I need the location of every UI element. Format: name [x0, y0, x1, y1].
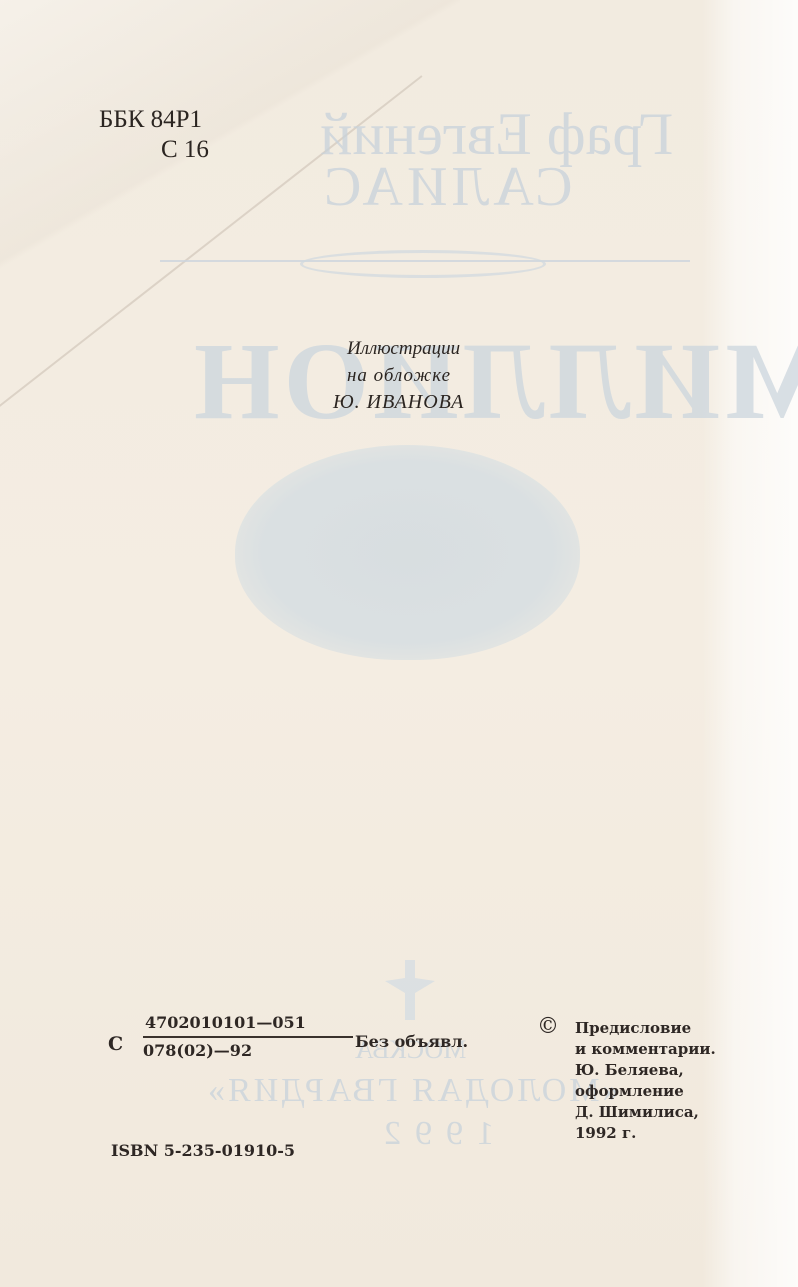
bbk-classification: ББК 84Р1 С 16 [99, 105, 209, 165]
bleed-through-publisher-logo-icon [385, 960, 435, 1020]
bbk-code: ББК 84Р1 [99, 105, 209, 135]
copyright-line: 1992 г. [575, 1123, 716, 1144]
copyright-line: Предисловие [575, 1018, 716, 1039]
copyright-line: оформление [575, 1081, 716, 1102]
book-page: Граф Евгений САЛИАС МИЛЛИОН МОСКВА «МОЛО… [0, 0, 798, 1287]
author-mark: С 16 [99, 135, 209, 165]
publishing-index-prefix: С [108, 1033, 123, 1055]
copyright-line: Ю. Беляева, [575, 1060, 716, 1081]
bleed-through-publisher: «МОЛОДАЯ ГВАРДИЯ» [205, 1072, 619, 1110]
bleed-through-portrait [235, 445, 580, 660]
copyright-lines: Предисловие и комментарии. Ю. Беляева, о… [575, 1018, 716, 1144]
illustrations-credit: Иллюстрации на обложке Ю. ИВАНОВА [330, 335, 530, 416]
cover-label: на обложке [330, 362, 530, 389]
publishing-index-numerator: 4702010101—051 [143, 1014, 353, 1032]
bleed-through-ornament [300, 250, 546, 278]
no-announcement-note: Без объявл. [355, 1032, 468, 1051]
bleed-through-surname-line: САЛИАС [320, 155, 572, 219]
copyright-icon: © [537, 1016, 559, 1037]
copyright-line: и комментарии. [575, 1039, 716, 1060]
bleed-through-author-line: Граф Евгений [320, 100, 673, 169]
publishing-index-fraction: 4702010101—051 078(02)—92 [143, 1014, 353, 1060]
fraction-bar [143, 1036, 353, 1038]
illustrations-label: Иллюстрации [330, 335, 530, 362]
publishing-index-denominator: 078(02)—92 [143, 1042, 353, 1060]
illustrator-name: Ю. ИВАНОВА [330, 389, 530, 416]
isbn: ISBN 5-235-01910-5 [111, 1141, 295, 1160]
bleed-through-year: 1992 [370, 1115, 494, 1153]
copyright-line: Д. Шимилиса, [575, 1102, 716, 1123]
